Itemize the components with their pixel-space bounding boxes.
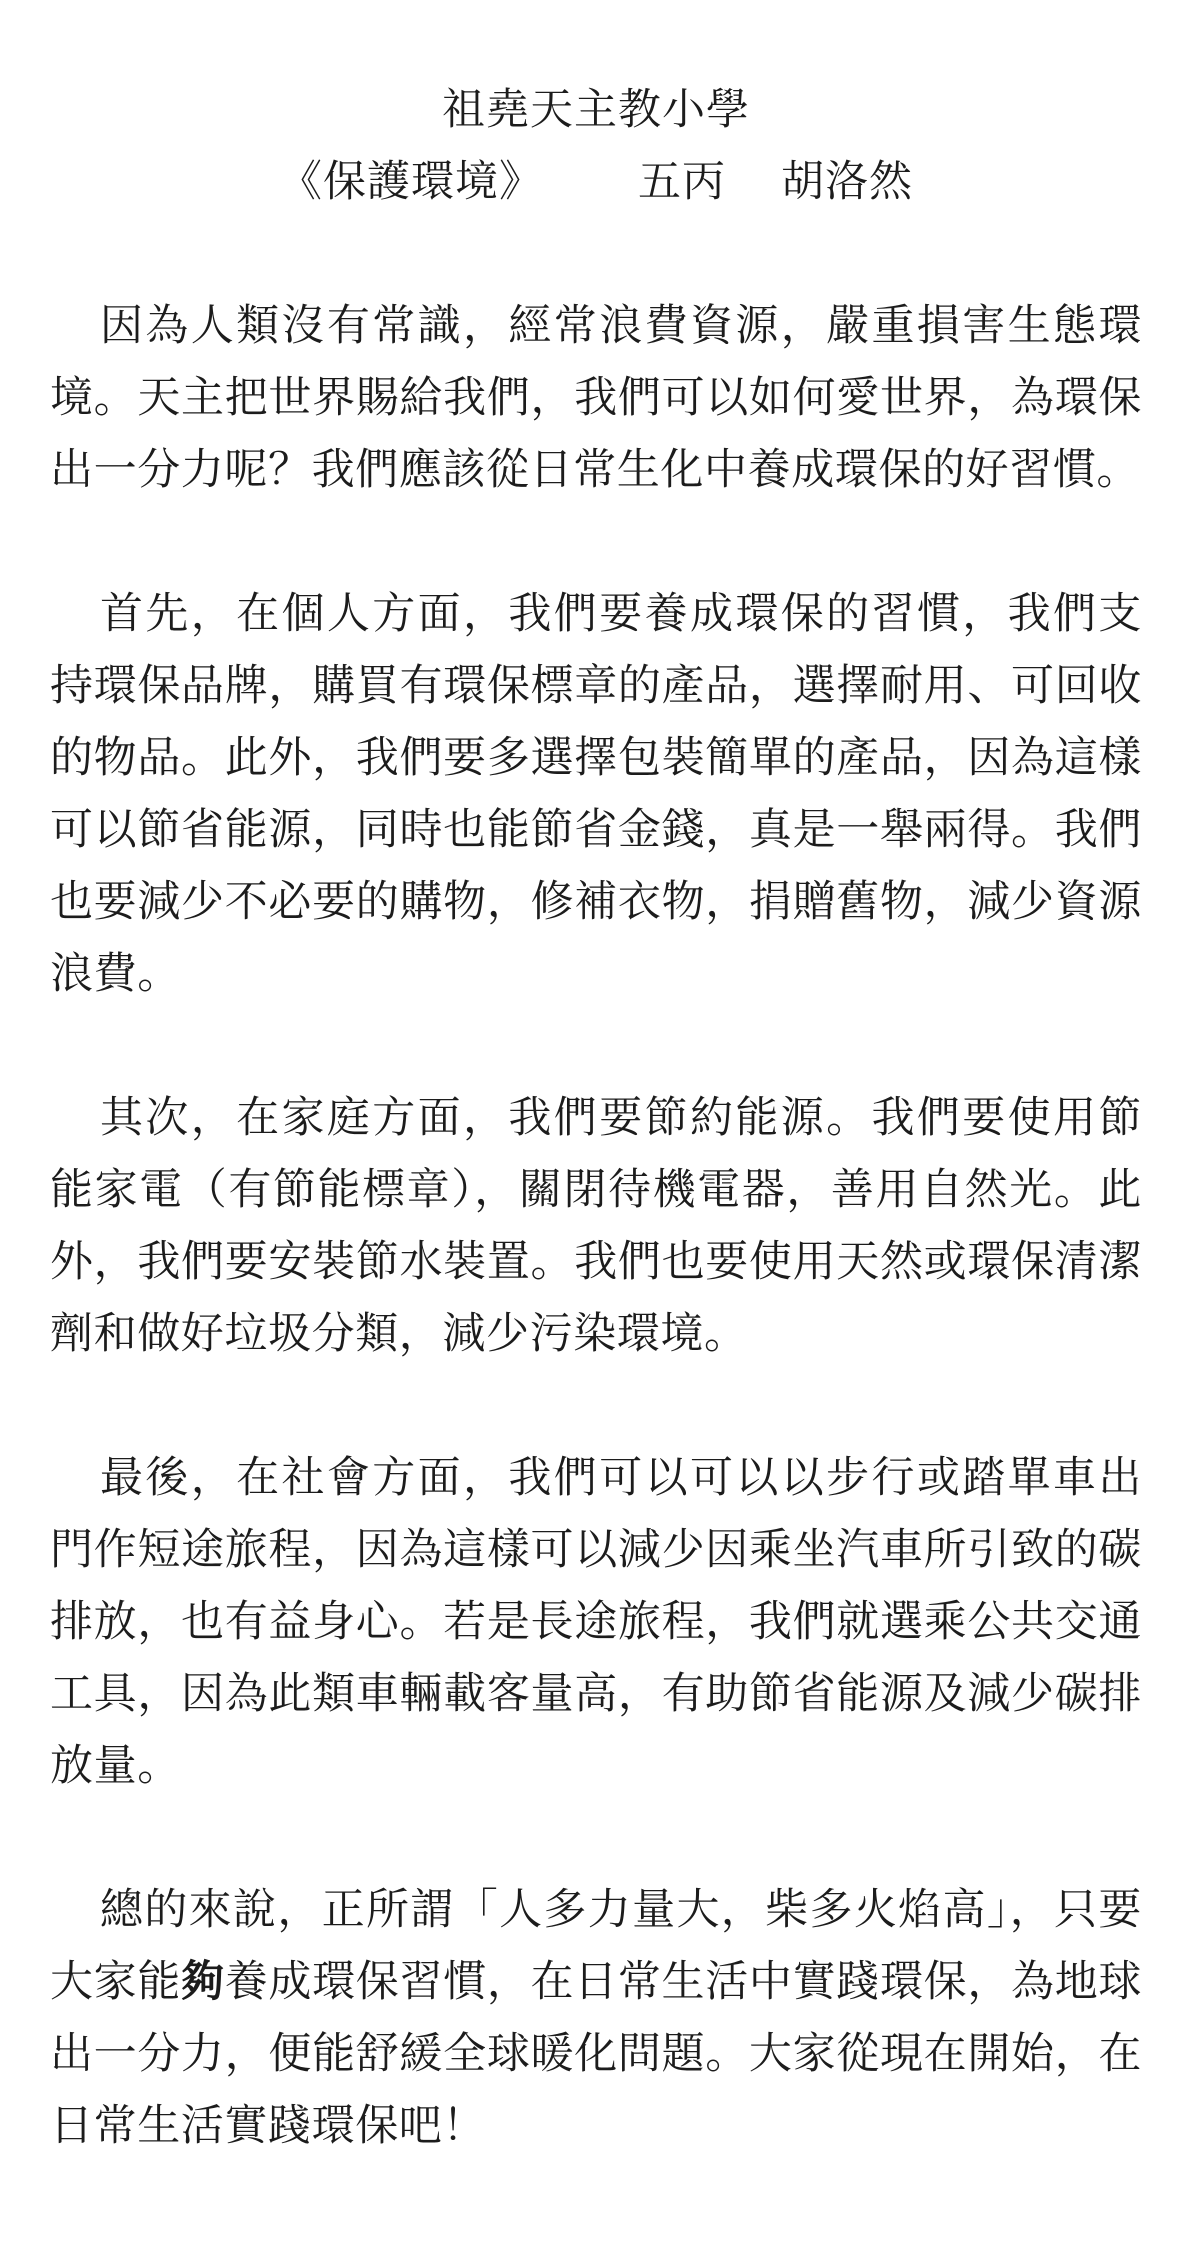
essay-title-line: 《保護環境》 五丙 胡洛然 (50, 146, 1142, 218)
document-page: 祖堯天主教小學 《保護環境》 五丙 胡洛然 因為人類沒有常識，經常浪費資源，嚴重… (0, 0, 1188, 2260)
paragraph-1: 因為人類沒有常識，經常浪費資源，嚴重損害生態環境。天主把世界賜給我們，我們可以如… (50, 290, 1142, 506)
essay-body: 因為人類沒有常識，經常浪費資源，嚴重損害生態環境。天主把世界賜給我們，我們可以如… (50, 290, 1142, 2162)
paragraph-4: 最後，在社會方面，我們可以可以以步行或踏單車出門作短途旅程，因為這樣可以減少因乘… (50, 1442, 1142, 1802)
essay-title: 《保護環境》 (279, 158, 543, 206)
paragraph-3: 其次，在家庭方面，我們要節約能源。我們要使用節能家電（有節能標章），關閉待機電器… (50, 1082, 1142, 1370)
paragraph-5: 總的來說，正所謂「人多力量大，柴多火焰高」，只要大家能夠養成環保習慣，在日常生活… (50, 1874, 1142, 2162)
paragraph-5-emphasis-char: 夠 (181, 1958, 225, 2006)
school-name: 祖堯天主教小學 (50, 74, 1142, 146)
author-name: 胡洛然 (781, 158, 913, 206)
paragraph-2: 首先，在個人方面，我們要養成環保的習慣，我們支持環保品牌，購買有環保標章的產品，… (50, 578, 1142, 1010)
class-name: 五丙 (638, 158, 726, 206)
